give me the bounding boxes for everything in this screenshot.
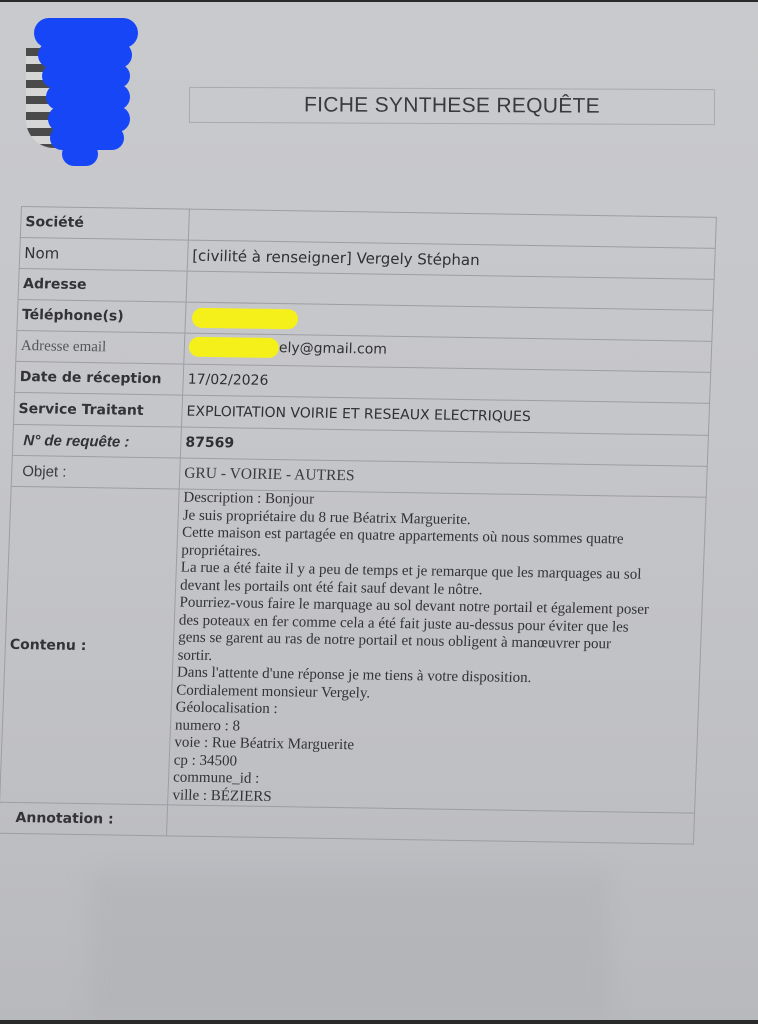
- request-table: Société Nom [civilité à renseigner] Verg…: [0, 206, 717, 845]
- yellow-redaction-mark: [189, 337, 280, 358]
- logo-area: [24, 14, 139, 164]
- label-objet: Objet :: [11, 455, 180, 489]
- request-form: Société Nom [civilité à renseigner] Verg…: [0, 206, 717, 845]
- label-date-reception: Date de réception: [15, 361, 184, 395]
- document-title: FICHE SYNTHESE REQUÊTE: [189, 87, 715, 125]
- scanned-paper: FICHE SYNTHESE REQUÊTE Société Nom [civi…: [0, 2, 758, 1020]
- label-numero-requete: N° de requête :: [12, 424, 181, 458]
- row-contenu: Contenu : Description : BonjourJe suis p…: [0, 486, 706, 813]
- value-contenu: Description : BonjourJe suis propriétair…: [168, 489, 707, 813]
- email-visible-suffix: ely@gmail.com: [279, 340, 388, 358]
- yellow-redaction-mark: [192, 308, 299, 330]
- label-service-traitant: Service Traitant: [13, 392, 182, 427]
- label-email: Adresse email: [16, 330, 185, 364]
- label-annotation: Annotation :: [0, 802, 168, 836]
- label-telephone: Téléphone(s): [17, 299, 186, 333]
- label-societe: Société: [20, 207, 189, 241]
- blue-redaction-mark: [62, 142, 98, 166]
- label-contenu: Contenu :: [0, 486, 179, 804]
- label-adresse: Adresse: [18, 268, 187, 302]
- label-nom: Nom: [19, 237, 188, 271]
